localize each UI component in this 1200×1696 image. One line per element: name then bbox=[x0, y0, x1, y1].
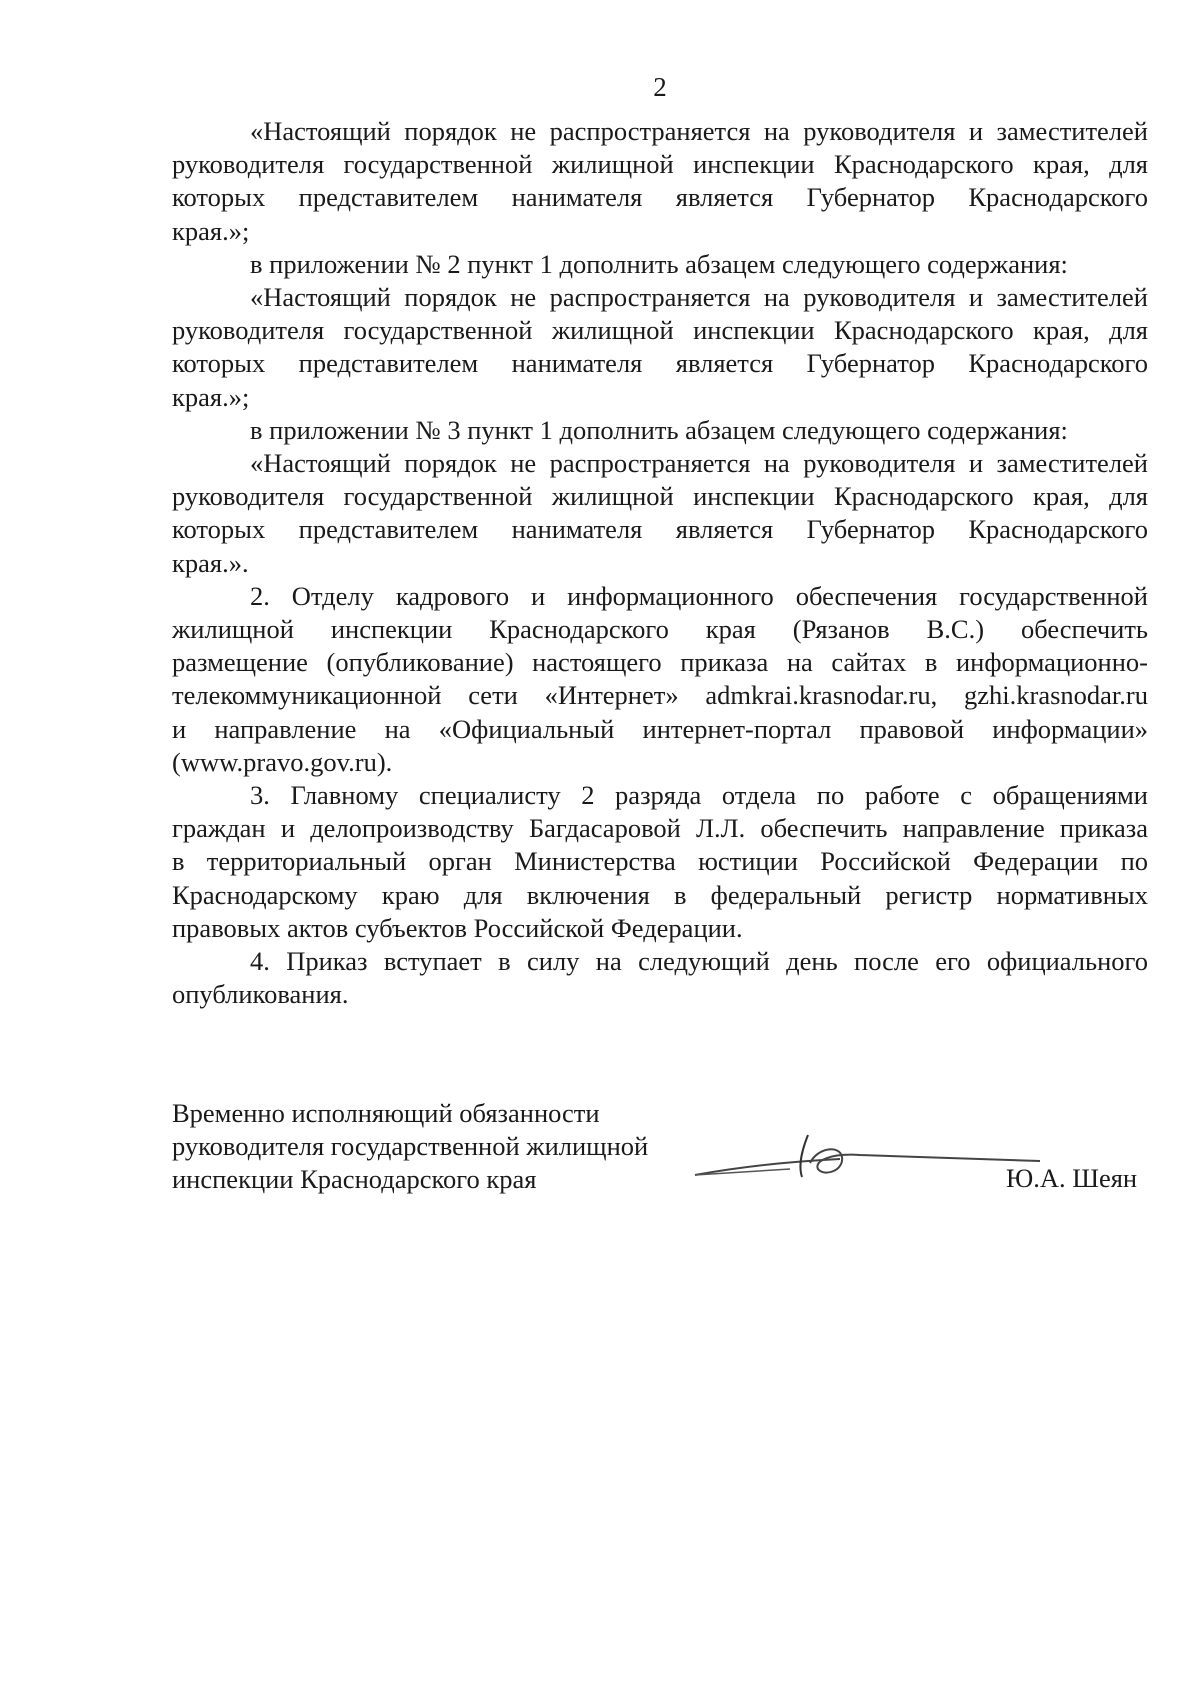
position-line: инспекции Краснодарского края bbox=[172, 1163, 648, 1196]
text-line: Краснодарскому краю для включения в феде… bbox=[172, 879, 1148, 912]
text-line: которых представителем нанимателя являет… bbox=[172, 347, 1148, 380]
text-line: края.»; bbox=[172, 381, 1148, 414]
text-line: края.»; bbox=[172, 215, 1148, 248]
text-line: в приложении № 2 пункт 1 дополнить абзац… bbox=[172, 248, 1148, 281]
text-line: 2. Отделу кадрового и информационного об… bbox=[172, 580, 1148, 613]
text-line: граждан и делопроизводству Багдасаровой … bbox=[172, 812, 1148, 845]
paragraph-item-4: 4. Приказ вступает в силу на следующий д… bbox=[172, 945, 1148, 1011]
text-line: телекоммуникационной сети «Интернет» adm… bbox=[172, 679, 1148, 712]
text-line: жилищной инспекции Краснодарского края (… bbox=[172, 613, 1148, 646]
text-line: «Настоящий порядок не распространяется н… bbox=[172, 115, 1148, 148]
text-line: правовых актов субъектов Российской Феде… bbox=[172, 912, 1148, 945]
text-line: «Настоящий порядок не распространяется н… bbox=[172, 281, 1148, 314]
paragraph-appendix-3: в приложении № 3 пункт 1 дополнить абзац… bbox=[172, 414, 1148, 447]
text-line: которых представителем нанимателя являет… bbox=[172, 513, 1148, 546]
text-line: 3. Главному специалисту 2 разряда отдела… bbox=[172, 779, 1148, 812]
paragraph-appendix-2: в приложении № 2 пункт 1 дополнить абзац… bbox=[172, 248, 1148, 281]
paragraph-item-3: 3. Главному специалисту 2 разряда отдела… bbox=[172, 779, 1148, 945]
document-body: «Настоящий порядок не распространяется н… bbox=[172, 115, 1148, 1011]
page-number: 2 bbox=[0, 72, 1200, 103]
handwritten-signature-icon bbox=[690, 1125, 1050, 1185]
text-line: которых представителем нанимателя являет… bbox=[172, 181, 1148, 214]
paragraph-item-2: 2. Отделу кадрового и информационного об… bbox=[172, 580, 1148, 779]
text-line: 4. Приказ вступает в силу на следующий д… bbox=[172, 945, 1148, 978]
text-line: руководителя государственной жилищной ин… bbox=[172, 480, 1148, 513]
text-line: края.». bbox=[172, 547, 1148, 580]
paragraph-amendment-2: «Настоящий порядок не распространяется н… bbox=[172, 281, 1148, 414]
paragraph-amendment-1: «Настоящий порядок не распространяется н… bbox=[172, 115, 1148, 248]
paragraph-amendment-3: «Настоящий порядок не распространяется н… bbox=[172, 447, 1148, 580]
text-line: «Настоящий порядок не распространяется н… bbox=[172, 447, 1148, 480]
position-line: Временно исполняющий обязанности bbox=[172, 1097, 648, 1130]
signatory-name: Ю.А. Шеян bbox=[1006, 1163, 1137, 1194]
text-line: в приложении № 3 пункт 1 дополнить абзац… bbox=[172, 414, 1148, 447]
text-line: руководителя государственной жилищной ин… bbox=[172, 314, 1148, 347]
signatory-position: Временно исполняющий обязанности руковод… bbox=[172, 1097, 648, 1196]
text-line: опубликования. bbox=[172, 978, 1148, 1011]
position-line: руководителя государственной жилищной bbox=[172, 1130, 648, 1163]
text-line: (www.pravo.gov.ru). bbox=[172, 746, 1148, 779]
text-line: и направление на «Официальный интернет-п… bbox=[172, 713, 1148, 746]
text-line: руководителя государственной жилищной ин… bbox=[172, 148, 1148, 181]
text-line: в территориальный орган Министерства юст… bbox=[172, 845, 1148, 878]
text-line: размещение (опубликование) настоящего пр… bbox=[172, 646, 1148, 679]
